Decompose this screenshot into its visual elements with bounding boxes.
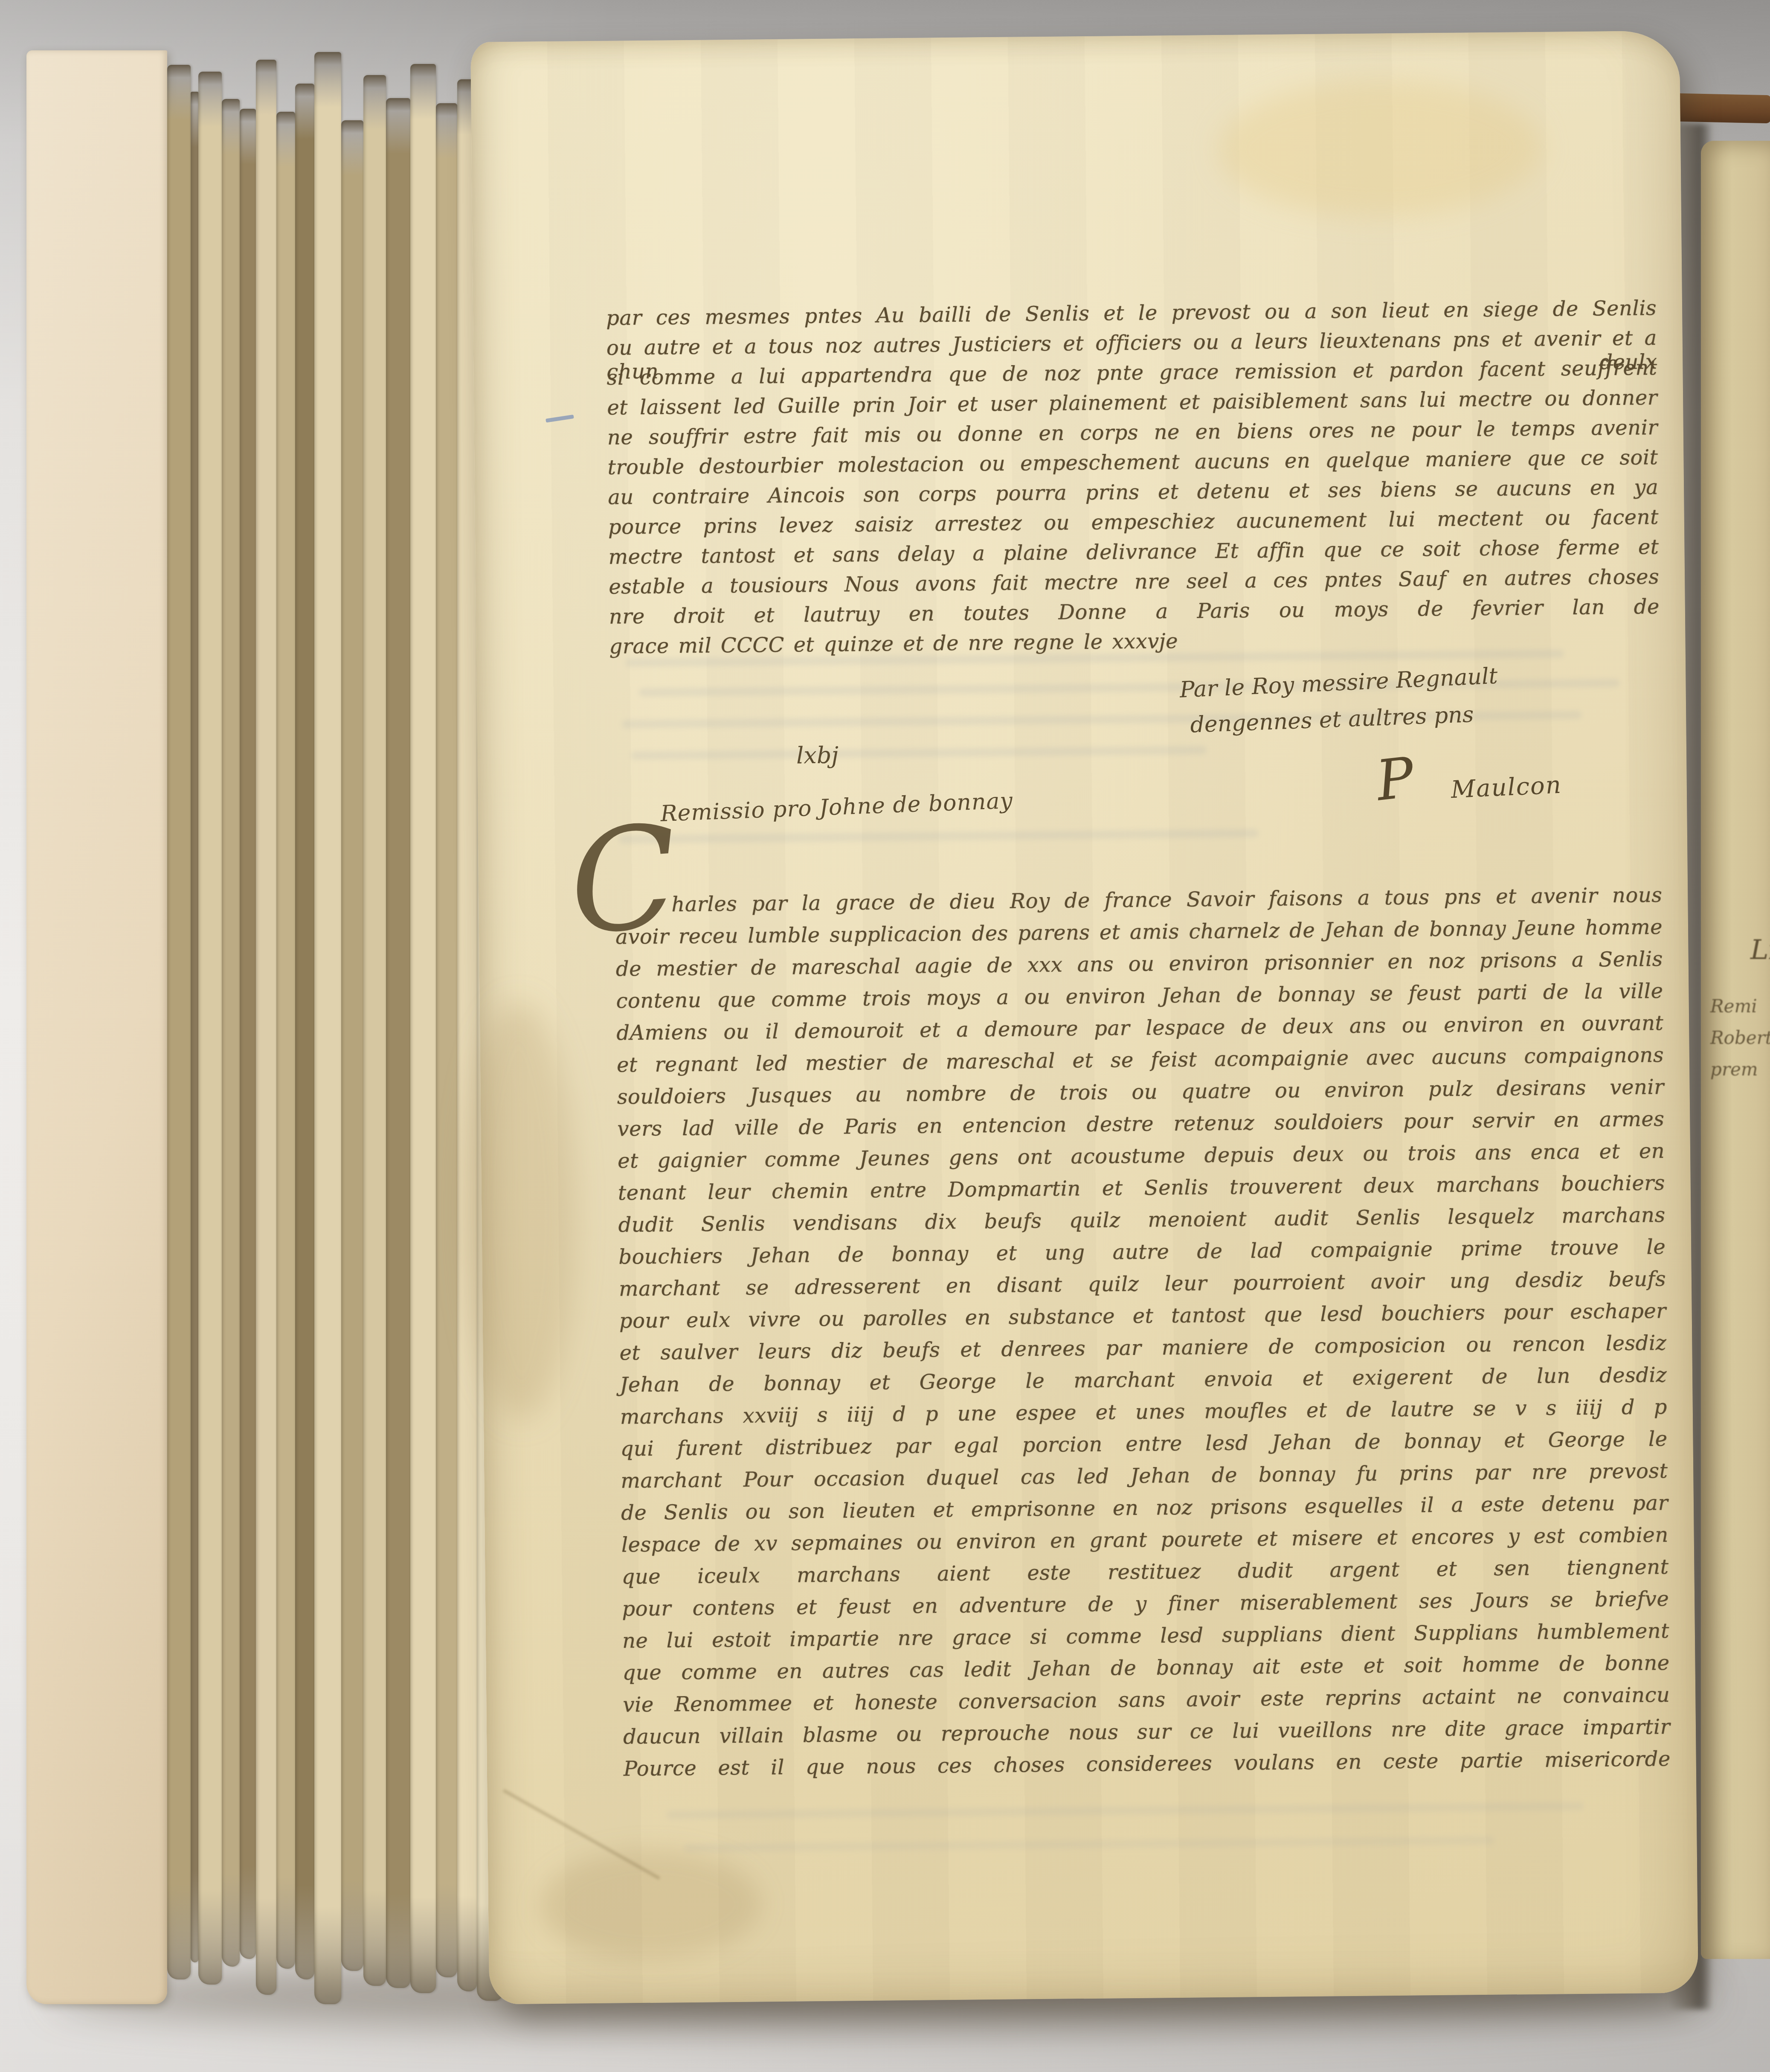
drop-cap-initial: C xyxy=(566,820,682,941)
manuscript-line: avoir receu lumble supplicacion des pare… xyxy=(615,915,1663,952)
page-edge-leaf xyxy=(341,120,363,1971)
page-crease xyxy=(503,1789,660,1880)
manuscript-line: harles par la grace de dieu Roy de franc… xyxy=(671,883,1662,919)
ink-bleed-through xyxy=(619,829,1259,843)
manuscript-line: lespace de xv sepmaines ou environ en gr… xyxy=(621,1523,1668,1560)
manuscript-line: que iceulx marchans aient este restituez… xyxy=(621,1555,1668,1592)
manuscript-line: bouchiers Jehan de bonnay et ung autre d… xyxy=(618,1235,1666,1272)
manuscript-line: dAmiens ou il demouroit et a demoure par… xyxy=(616,1011,1663,1048)
facing-page-edge: Lx Remi Robert prem xyxy=(1701,141,1770,1959)
facing-margin-note-line: prem xyxy=(1710,1059,1758,1080)
parchment-stain xyxy=(1217,79,1543,218)
manuscript-line: vie Renommee et honeste conversacion san… xyxy=(623,1683,1670,1720)
page-edge-leaf xyxy=(167,65,191,1979)
ink-bleed-through xyxy=(684,1836,1494,1852)
facing-entry-number: Lx xyxy=(1750,934,1770,966)
notary-paraph: P xyxy=(1373,744,1417,813)
page-edge-leaf xyxy=(314,52,341,2004)
manuscript-line: Jehan de bonnay et George le marchant en… xyxy=(620,1363,1667,1400)
page-edge-leaf xyxy=(191,92,198,1962)
manuscript-line: et gaignier comme Jeunes gens ont acoust… xyxy=(618,1139,1665,1176)
manuscript-line: contenu que comme trois moys a ou enviro… xyxy=(616,979,1663,1016)
chancery-note-line: dengennes et aultres pns xyxy=(1190,702,1474,738)
chancery-note-line: Par le Roy messire Regnault xyxy=(1179,663,1498,703)
facing-margin-note-line: Robert xyxy=(1710,1027,1770,1048)
notary-signature: Maulcon xyxy=(1451,771,1562,804)
manuscript-line: marchant Pour occasion duquel cas led Je… xyxy=(621,1459,1668,1496)
manuscript-line: marchant se adresserent en disant quilz … xyxy=(619,1267,1666,1304)
manuscript-line: pour eulx vivre ou parolles en substance… xyxy=(619,1299,1666,1336)
page-edge-leaf xyxy=(198,72,222,1985)
manuscript-line: qui furent distribuez par egal porcion e… xyxy=(620,1427,1667,1464)
main-page: par ces mesmes pntes Au bailli de Senlis… xyxy=(470,30,1698,2004)
manuscript-line: dudit Senlis vendisans dix beufs quilz m… xyxy=(618,1203,1665,1240)
ink-bleed-through xyxy=(631,746,1207,760)
flyleaf-edge xyxy=(26,50,167,2004)
manuscript-line: Pource est il que nous ces choses consid… xyxy=(624,1747,1671,1784)
page-edge-leaf xyxy=(386,98,410,1988)
manuscript-line: pour contens et feust en adventure de y … xyxy=(622,1587,1669,1624)
page-edge-leaf xyxy=(276,112,295,1969)
page-edge-leaf xyxy=(240,109,256,1959)
page-edge-leaf xyxy=(295,84,314,1979)
manuscript-line: ne lui estoit impartie nre grace si comm… xyxy=(622,1619,1669,1656)
entry-heading: Remissio pro Johne de bonnay xyxy=(660,788,1013,827)
ink-bleed-through xyxy=(667,1802,1584,1819)
manuscript-photo: Lx Remi Robert prem par ces mesmes pntes… xyxy=(0,0,1770,2072)
manuscript-line: tenant leur chemin entre Dompmartin et S… xyxy=(618,1171,1665,1208)
blue-pencil-mark xyxy=(546,415,574,423)
page-edge-leaf xyxy=(256,60,276,1995)
manuscript-line: marchans xxviij s iiij d p une espee et … xyxy=(620,1395,1667,1432)
manuscript-line: daucun villain blasme ou reprouche nous … xyxy=(623,1715,1670,1752)
page-edge-leaf xyxy=(363,75,386,1986)
manuscript-line: souldoiers Jusques au nombre de trois ou… xyxy=(617,1075,1664,1112)
manuscript-line: vers lad ville de Paris en entencion des… xyxy=(617,1107,1664,1144)
parchment-stain xyxy=(539,1848,762,1961)
page-edge-leaf xyxy=(436,103,457,1977)
facing-margin-note-line: Remi xyxy=(1710,996,1757,1017)
manuscript-line: que comme en autres cas ledit Jehan de b… xyxy=(622,1651,1669,1688)
page-edge-leaf xyxy=(222,99,240,1967)
page-edge-leaf xyxy=(410,64,436,1993)
manuscript-line: et regnant led mestier de mareschal et s… xyxy=(617,1043,1664,1080)
manuscript-line: et saulver leurs diz beufs et denrees pa… xyxy=(619,1331,1666,1368)
manuscript-line: de Senlis ou son lieuten et emprisonne e… xyxy=(621,1491,1668,1528)
entry-number: lxbj xyxy=(796,742,839,769)
manuscript-line: de mestier de mareschal aagie de xxx ans… xyxy=(616,947,1663,984)
